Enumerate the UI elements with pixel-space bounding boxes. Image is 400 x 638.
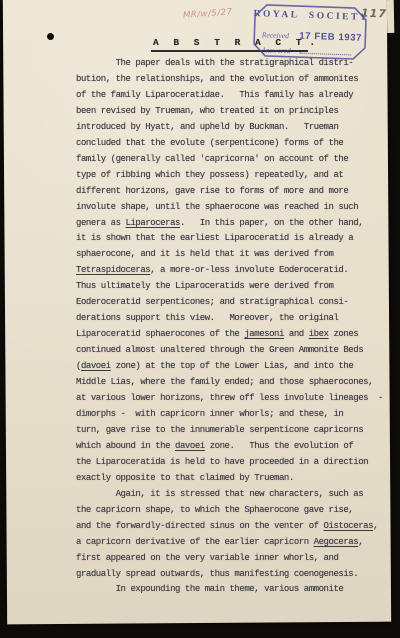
- stamp-answered-label: Answered: [261, 45, 291, 55]
- typed-body: The paper deals with the stratigraphical…: [76, 56, 386, 598]
- typed-line: (davoei zone) at the top of the Lower Li…: [76, 359, 386, 375]
- typed-line: gradually spread outwards, thus manifest…: [76, 567, 386, 583]
- typed-line: at various lower horizons, threw off les…: [76, 391, 386, 407]
- typed-line: a capricorn derivative of the earlier ca…: [76, 535, 386, 551]
- underlined-taxon: ibex: [309, 329, 329, 339]
- typed-line: Liparoceratid sphaerocones of the jameso…: [76, 327, 386, 343]
- typed-line: dimorphs - with capricorn inner whorls; …: [76, 407, 386, 423]
- underlined-taxon: Oistoceras: [324, 521, 374, 531]
- typed-line: different horizons, gave rise to forms o…: [76, 184, 386, 200]
- typed-line: sphaerocone, and it is held that it was …: [76, 247, 386, 263]
- typed-line: genera as Liparoceras. In this paper, on…: [76, 216, 386, 232]
- typed-line: Tetraspidoceras, a more-or-less involute…: [76, 263, 386, 279]
- royal-society-stamp: ROYAL SOCIETY Received 17 FEB 1937 Answe…: [252, 3, 368, 61]
- underlined-taxon: Liparoceras: [126, 218, 180, 228]
- typed-line: the capricorn shape, to which the Sphaer…: [76, 503, 386, 519]
- typed-line: Middle Lias, where the family ended; and…: [76, 375, 386, 391]
- typed-line: of the family Liparoceratidae. This fami…: [76, 88, 386, 104]
- typed-line: and the forwardly-directed sinus on the …: [76, 519, 386, 535]
- typed-line: bution, the relationships, and the evolu…: [76, 72, 386, 88]
- typed-line: continued almost unaltered through the G…: [76, 343, 386, 359]
- typed-line: concluded that the evolute (serpenticone…: [76, 136, 386, 152]
- underlined-taxon: davoei: [81, 361, 111, 371]
- typed-line: Again, it is stressed that new character…: [76, 487, 386, 503]
- underlined-taxon: davoei: [175, 441, 205, 451]
- typed-line: introduced by Hyatt, and upheld by Buckm…: [76, 120, 386, 136]
- typed-line: The paper deals with the stratigraphical…: [76, 56, 386, 72]
- typed-line: In expounding the main theme, various am…: [76, 582, 386, 598]
- typed-line: first appeared on the very variable inne…: [76, 551, 386, 567]
- underlined-taxon: Aegoceras: [314, 537, 359, 547]
- typed-line: type of ribbing which they possess) repe…: [76, 168, 386, 184]
- typed-line: it is shown that the earliest Liparocera…: [76, 231, 386, 247]
- punch-hole: [47, 33, 54, 40]
- underlined-taxon: Tetraspidoceras: [76, 265, 150, 275]
- typed-line: Eoderoceratid serpenticones; and stratig…: [76, 295, 386, 311]
- typed-line: exactly opposite to that claimed by True…: [76, 471, 386, 487]
- underlined-taxon: jamesoni: [244, 329, 284, 339]
- typed-line: family (generally called 'capricorna' on…: [76, 152, 386, 168]
- typed-line: been revised by Trueman, who treated it …: [76, 104, 386, 120]
- typed-line: which abound in the davoei zone. Thus th…: [76, 439, 386, 455]
- typed-line: Thus ultimately the Liparoceratids were …: [76, 279, 386, 295]
- typed-line: involute shape, until the sphaerocone wa…: [76, 200, 386, 216]
- typed-line: turn, gave rise to the innumerable serpe…: [76, 423, 386, 439]
- stamp-answered-dotted-line: [299, 45, 351, 56]
- typed-line: the Liparoceratida is held to have proce…: [76, 455, 386, 471]
- document-photo: MR/w/5/27 117 A B S T R A C T. ROYAL SOC…: [0, 0, 400, 638]
- paper-corner: [387, 0, 395, 33]
- typed-line: derations support this view. Moreover, t…: [76, 311, 386, 327]
